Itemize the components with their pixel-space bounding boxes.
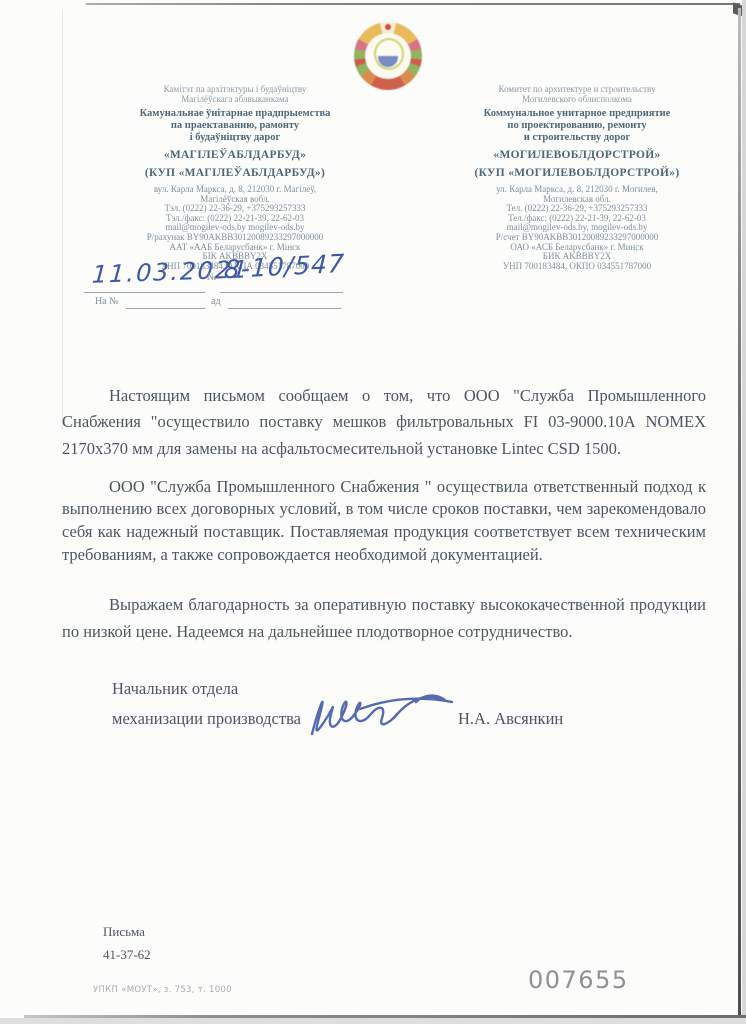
org-line: по проектированию, ремонту [424,120,730,132]
body-paragraph-1: Настоящим письмом сообщаем о том, что ОО… [62,383,706,463]
org-name: «МОГИЛЕВОБЛДОРСТРОЙ» [424,149,730,162]
handwritten-signature [302,676,467,748]
reply-from-date-label: ад [211,296,221,307]
committee-line: Комитет по архитектуре и строительству [424,84,730,94]
scan-left-edge-line [62,10,63,430]
unp-line: УНП 700183484, ОКПО 034551787000 [424,262,730,272]
scanned-letter-page: Камітэт па архітэктуры і будаўніцтву Маг… [0,0,746,1024]
body-paragraph-2: ООО "Служба Промышленного Снабжения " ос… [62,476,706,567]
committee-line: Камітэт па архітэктуры і будаўніцтву [75,84,395,94]
org-name-kup: (КУП «МАГІЛЕЎАБЛДАРБУД») [75,167,395,180]
handwritten-outgoing-number: 8-10/547 [223,249,345,284]
emblem-red-star [385,24,391,30]
org-line: и строительству дорог [424,132,730,144]
scan-bottom-edge-line [24,1015,746,1018]
belarus-coat-of-arms [354,22,422,90]
executor-phone: 41-37-62 [103,947,151,963]
signer-name: Н.А. Авсянкин [458,709,563,729]
form-serial-number: 007655 [528,966,629,994]
number-sign-label: № [207,272,217,283]
body-paragraph-3: Выражаем благодарность за оперативную по… [62,591,706,645]
document-type-label: Письма [103,924,145,940]
org-line: па праектаванню, рамонту [75,120,395,132]
reply-date-underline [228,308,341,309]
scan-right-edge-line [738,8,741,1018]
date-underline [84,292,205,293]
signer-title-line-2: механизации производства [112,709,301,729]
scan-right-edge-band [742,0,746,1024]
org-line: Камунальнае ўнітарнае прадпрыемства [75,108,395,120]
committee-line: Могилевского облисполкома [424,94,730,104]
scan-top-edge-line [86,3,740,5]
scan-bottom-edge-band [0,1018,746,1024]
org-name-kup: (КУП «МОГИЛЕВОБЛДОРСТРОЙ») [424,167,730,180]
reply-number-underline [126,308,205,309]
letterhead-left: Камітэт па архітэктуры і будаўніцтву Маг… [75,84,395,271]
letterhead-right: Комитет по архитектуре и строительству М… [424,84,730,271]
print-shop-info: УПКП «МОУТ», з. 753, т. 1000 [93,985,232,995]
number-underline [220,292,343,293]
org-name: «МАГІЛЕЎАБЛДАРБУД» [75,149,395,162]
reply-to-number-label: На № [95,296,119,307]
org-line: Коммунальное унитарное предприятие [424,108,730,120]
committee-line: Магілёўскага аблвыканкама [75,94,395,104]
signer-title-line-1: Начальник отдела [112,679,238,699]
org-line: і будаўніцтву дарог [75,132,395,144]
